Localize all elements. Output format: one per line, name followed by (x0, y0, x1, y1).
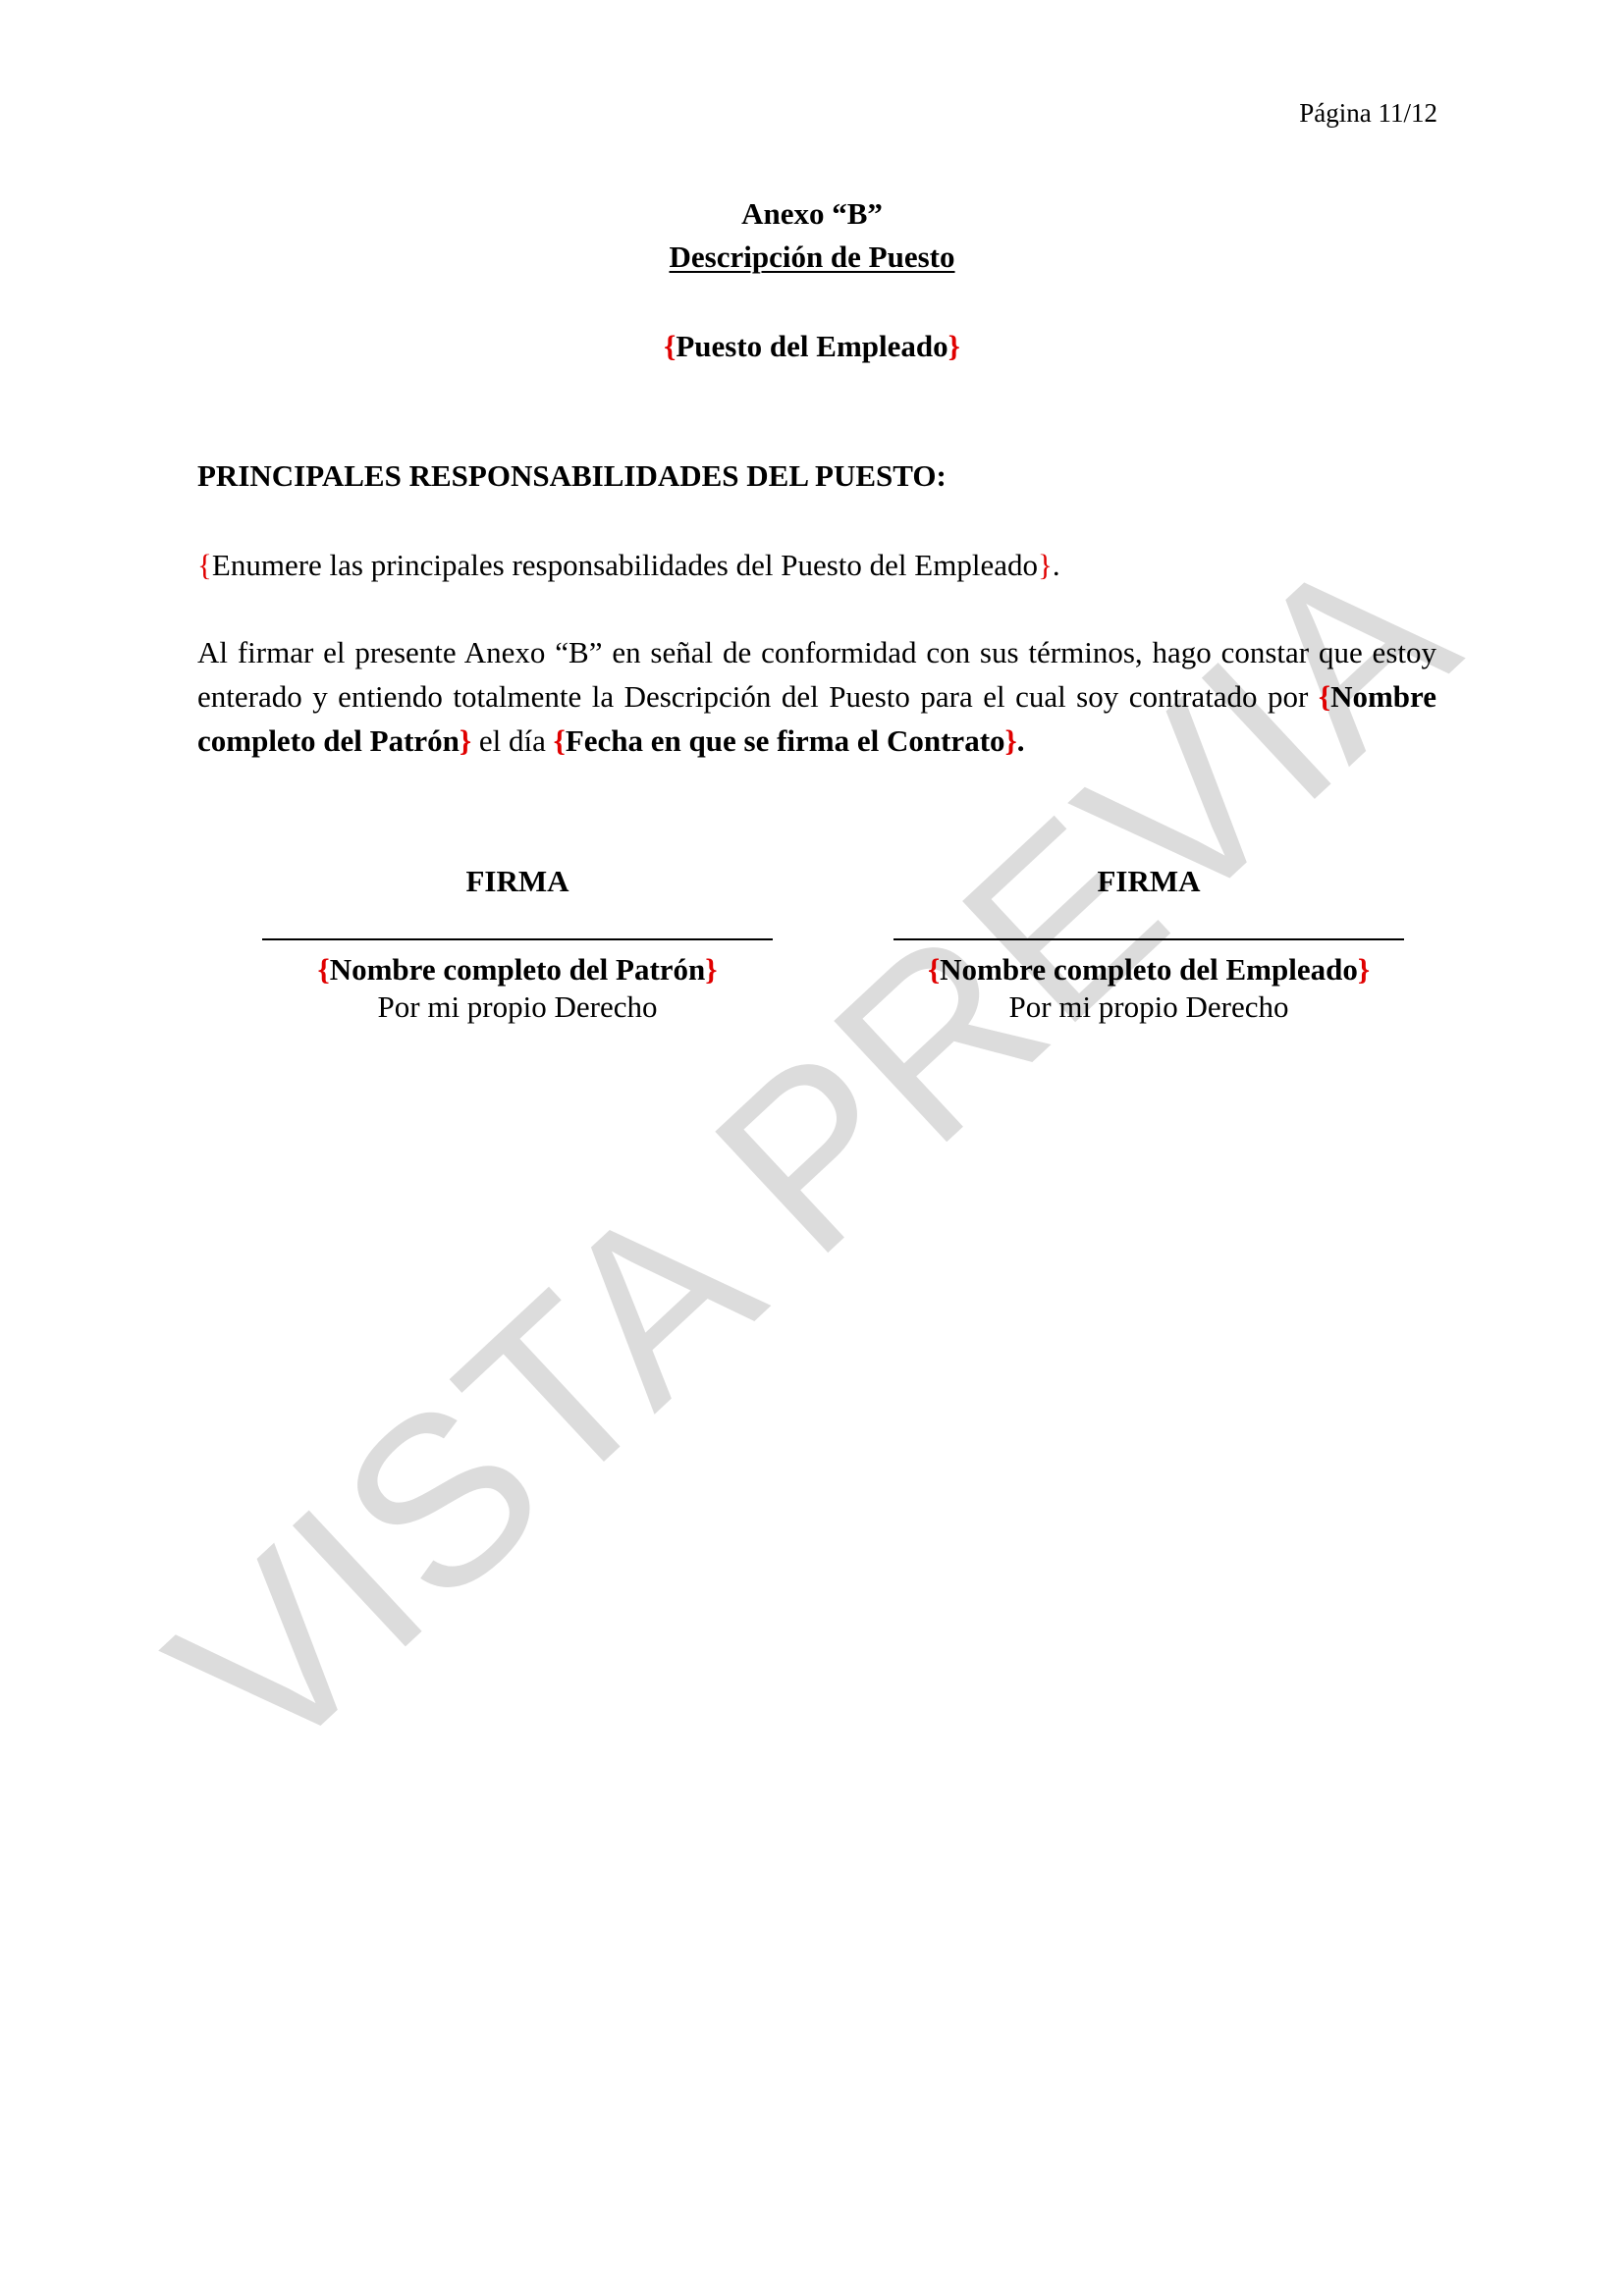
document-subtitle: Descripción de Puesto (0, 240, 1624, 275)
period: . (1053, 548, 1060, 582)
section-title: PRINCIPALES RESPONSABILIDADES DEL PUESTO… (197, 458, 947, 494)
brace-close: } (1358, 952, 1370, 987)
annex-title: Anexo “B” (0, 196, 1624, 232)
brace-open: { (197, 548, 212, 582)
signature-label: FIRMA (262, 862, 773, 901)
agreement-paragraph: Al firmar el presente Anexo “B” en señal… (197, 630, 1436, 763)
signer-name: {Nombre completo del Empleado} (893, 950, 1404, 989)
responsibilities-text: Enumere las principales responsabilidade… (212, 548, 1038, 582)
position-text: Puesto del Empleado (676, 329, 947, 363)
brace-open: { (928, 952, 940, 987)
brace-open: { (1319, 679, 1330, 714)
document-page: VISTA PREVIA Página 11/12 Anexo “B” Desc… (0, 0, 1624, 2296)
signature-line (893, 938, 1404, 940)
signer-name-text: Nombre completo del Patrón (330, 952, 706, 987)
signer-role: Por mi propio Derecho (893, 989, 1404, 1025)
signer-name: {Nombre completo del Patrón} (262, 950, 773, 989)
signature-line (262, 938, 773, 940)
brace-close: } (1038, 548, 1053, 582)
brace-open: { (318, 952, 330, 987)
brace-close: } (705, 952, 717, 987)
signer-role: Por mi propio Derecho (262, 989, 773, 1025)
responsibilities-paragraph: {Enumere las principales responsabilidad… (197, 543, 1436, 587)
employer-signature-block: FIRMA {Nombre completo del Patrón} Por m… (262, 862, 773, 1025)
employee-signature-block: FIRMA {Nombre completo del Empleado} Por… (893, 862, 1404, 1025)
brace-close: } (948, 329, 960, 363)
agreement-text-1: Al firmar el presente Anexo “B” en señal… (197, 635, 1436, 714)
brace-open: { (664, 329, 676, 363)
signer-name-text: Nombre completo del Empleado (940, 952, 1358, 987)
brace-close: } (460, 723, 471, 758)
agreement-text-2: el día (471, 723, 554, 758)
period: . (1017, 723, 1025, 758)
employee-position-placeholder: {Puesto del Empleado} (0, 329, 1624, 364)
brace-close: } (1005, 723, 1017, 758)
signature-label: FIRMA (893, 862, 1404, 901)
brace-open: { (554, 723, 566, 758)
signing-date-placeholder: Fecha en que se firma el Contrato (566, 723, 1005, 758)
page-number: Página 11/12 (1299, 98, 1437, 129)
